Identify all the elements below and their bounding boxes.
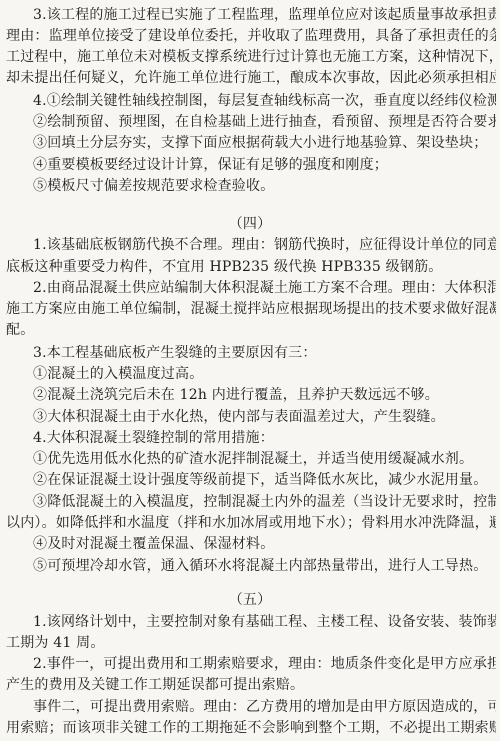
- section-5-heading: （五）: [0, 589, 500, 611]
- document-page: 3.该工程的施工过程已实施了工程监理，监理单位应对该起质量事故承担责任。 理由：…: [0, 0, 500, 741]
- s4-item1-line2: 底板这种重要受力构件，不宜用 HPB235 级代换 HPB335 级钢筋。: [6, 256, 496, 278]
- s4-item4-line7: ⑤可预埋冷却水管，通入循环水将混凝土内部热量带出，进行人工导热。: [33, 555, 496, 577]
- s4-item2-line3: 配。: [6, 319, 496, 341]
- s3-item3-line4: 却未提出任何疑义，允许施工单位进行施工，酿成本次事故，因此必须承担相应责任。: [6, 67, 496, 89]
- s4-item4-line1: 4.大体积混凝土裂缝控制的常用措施：: [33, 427, 496, 449]
- s4-item2-line1: 2.由商品混凝土供应站编制大体积混凝土施工方案不合理。理由：大体积混凝土: [33, 277, 496, 299]
- s4-item3-line4: ③大体积混凝土由于水化热，使内部与表面温差过大，产生裂缝。: [33, 406, 496, 428]
- s3-item4-line2: ②绘制预留、预埋图，在自检基础上进行抽查，看预留、预埋是否符合要求；: [33, 111, 496, 133]
- s5-item1-line1: 1.该网络计划中，主要控制对象有基础工程、主楼工程、设备安装、装饰装修。计划: [33, 611, 496, 633]
- s5-item2-line2: 产生的费用及关键工作工期延误都可提出索赔。: [6, 674, 496, 696]
- s5-item1-line2: 工期为 41 周。: [6, 632, 496, 654]
- s4-item4-line5: 以内）。如降低拌和水温度（拌和水加冰屑或用地下水）；骨料用水冲洗降温，避免曝晒。: [6, 512, 496, 534]
- s3-item4-line1: 4.①绘制关键性轴线控制图，每层复查轴线标高一次，垂直度以经纬仪检测控制；: [33, 90, 496, 112]
- s4-item2-line2: 施工方案应由施工单位编制，混凝土搅拌站应根据现场提出的技术要求做好混凝土试: [6, 298, 496, 320]
- s3-item4-line4: ④重要模板要经过设计计算，保证有足够的强度和刚度；: [33, 154, 496, 176]
- s3-item3-line2: 理由：监理单位接受了建设单位委托，并收取了监理费用，具备了承担责任的条件，而施: [6, 25, 496, 47]
- s3-item3-line3: 工过程中，施工单位未对模板支撑系统进行过计算也无施工方案，这种情况下，监理方: [6, 46, 496, 68]
- s4-item3-line3: ②混凝土浇筑完后未在 12h 内进行覆盖，且养护天数远远不够。: [33, 384, 496, 406]
- s4-item4-line3: ②在保证混凝土设计强度等级前提下，适当降低水灰比，减少水泥用量。: [33, 469, 496, 491]
- s5-item3-line2: 用索赔；而该项非关键工作的工期拖延不会影响到整个工期，不必提出工期索赔。: [6, 717, 496, 739]
- s4-item1-line1: 1.该基础底板钢筋代换不合理。理由：钢筋代换时，应征得设计单位的同意，对于: [33, 234, 496, 256]
- s5-item3-line1: 事件二，可提出费用索赔。理由：乙方费用的增加是由甲方原因造成的，可提出费: [33, 696, 496, 718]
- s4-item4-line6: ④及时对混凝土覆盖保温、保湿材料。: [33, 533, 496, 555]
- s5-item2-line1: 2.事件一，可提出费用和工期索赔要求，理由：地质条件变化是甲方应承担的责任，: [33, 653, 496, 675]
- s3-item4-line3: ③回填土分层夯实，支撑下面应根据荷载大小进行地基验算、架设垫块；: [33, 132, 496, 154]
- s4-item3-line1: 3.本工程基础底板产生裂缝的主要原因有三：: [33, 342, 496, 364]
- s4-item4-line2: ①优先选用低水化热的矿渣水泥拌制混凝土，并适当使用缓凝减水剂。: [33, 448, 496, 470]
- s4-item3-line2: ①混凝土的入模温度过高。: [33, 363, 496, 385]
- s3-item3-line1: 3.该工程的施工过程已实施了工程监理，监理单位应对该起质量事故承担责任。: [33, 4, 496, 26]
- section-4-heading: （四）: [0, 213, 500, 235]
- s3-item4-line5: ⑤模板尺寸偏差按规范要求检查验收。: [33, 175, 496, 197]
- s4-item4-line4: ③降低混凝土的入模温度，控制混凝土内外的温差（当设计无要求时，控制在 25℃: [33, 491, 496, 513]
